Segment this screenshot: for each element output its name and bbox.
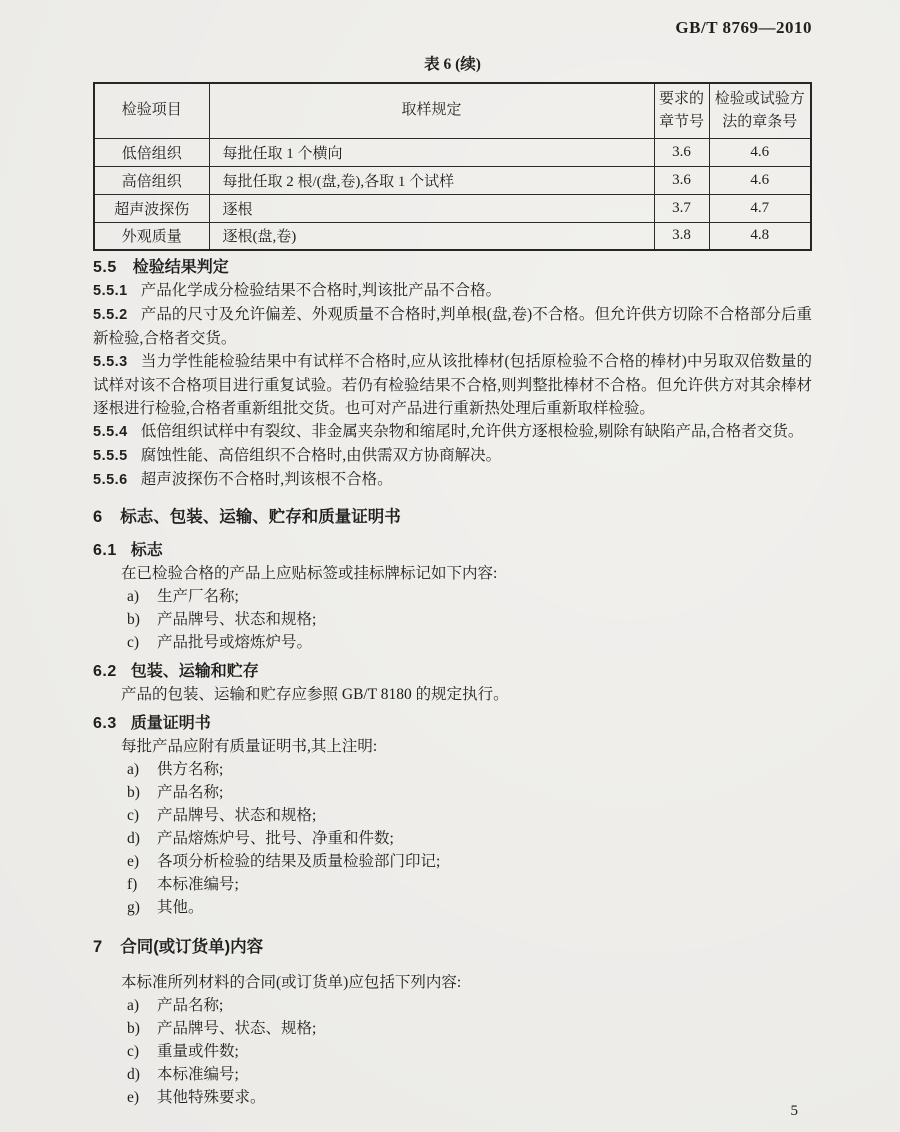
cell-req: 3.6 (654, 166, 709, 194)
list-item: c)产品牌号、状态和规格; (93, 804, 812, 827)
clause-number: 5.5.6 (93, 472, 128, 488)
list-label: b) (127, 1017, 157, 1040)
clause-text: 当力学性能检验结果中有试样不合格时,应从该批棒材(包括原检验不合格的棒材)中另取… (93, 353, 812, 417)
list-item: c)重量或件数; (93, 1040, 812, 1063)
list-text: 其他特殊要求。 (157, 1089, 266, 1106)
cell-method: 4.8 (709, 222, 811, 250)
clause-number: 5.5.2 (93, 307, 128, 323)
list-label: f) (127, 873, 157, 896)
table-body: 低倍组织 每批任取 1 个横向 3.6 4.6 高倍组织 每批任取 2 根/(盘… (94, 138, 811, 250)
clause-title: 检验结果判定 (133, 259, 229, 276)
clause-number: 5.5.1 (93, 283, 128, 299)
cell-sampling: 每批任取 1 个横向 (209, 138, 654, 166)
standard-code: GB/T 8769—2010 (93, 0, 812, 39)
list-item: a)生产厂名称; (93, 585, 812, 608)
list-item: g)其他。 (93, 896, 812, 919)
list-item: b)产品牌号、状态、规格; (93, 1017, 812, 1040)
clause-number: 5.5.5 (93, 448, 128, 464)
col-header-method: 检验或试验方 法的章条号 (709, 83, 811, 138)
cell-req: 3.7 (654, 194, 709, 222)
list-text: 重量或件数; (157, 1043, 239, 1060)
page-content: GB/T 8769—2010 表 6 (续) 检验项目 取样规定 要求的 章节号… (0, 0, 900, 1109)
list-item: d)本标准编号; (93, 1063, 812, 1086)
sampling-table: 检验项目 取样规定 要求的 章节号 检验或试验方 法的章条号 低倍组织 每批任取… (93, 82, 812, 251)
cell-method: 4.6 (709, 166, 811, 194)
list-item: a)供方名称; (93, 758, 812, 781)
list-text: 各项分析检验的结果及质量检验部门印记; (157, 853, 440, 870)
list-text: 本标准编号; (157, 1066, 239, 1083)
list-item: b)产品名称; (93, 781, 812, 804)
section-7-intro: 本标准所列材料的合同(或订货单)应包括下列内容: (93, 971, 812, 994)
list-label: b) (127, 781, 157, 804)
table-row: 低倍组织 每批任取 1 个横向 3.6 4.6 (94, 138, 811, 166)
clause-number: 5.5.3 (93, 354, 128, 370)
section-6-3-intro: 每批产品应附有质量证明书,其上注明: (93, 735, 812, 758)
list-item: d)产品熔炼炉号、批号、净重和件数; (93, 827, 812, 850)
list-text: 产品牌号、状态、规格; (157, 1020, 316, 1037)
cell-sampling: 每批任取 2 根/(盘,卷),各取 1 个试样 (209, 166, 654, 194)
clause-text: 低倍组织试样中有裂纹、非金属夹杂物和缩尾时,允许供方逐根检验,剔除有缺陷产品,合… (141, 423, 804, 440)
table-title: 表 6 (续) (93, 55, 812, 75)
table-row: 外观质量 逐根(盘,卷) 3.8 4.8 (94, 222, 811, 250)
section-number: 7 (93, 938, 102, 956)
col-header-req: 要求的 章节号 (654, 83, 709, 138)
section-title: 质量证明书 (131, 715, 211, 732)
section-number: 6.1 (93, 542, 117, 559)
clause-5-5-2: 5.5.2产品的尺寸及允许偏差、外观质量不合格时,判单根(盘,卷)不合格。但允许… (93, 303, 812, 350)
table-row: 高倍组织 每批任取 2 根/(盘,卷),各取 1 个试样 3.6 4.6 (94, 166, 811, 194)
list-label: d) (127, 827, 157, 850)
list-text: 产品牌号、状态和规格; (157, 807, 316, 824)
section-6-2-heading: 6.2包装、运输和贮存 (93, 660, 812, 683)
list-text: 产品名称; (157, 784, 223, 801)
list-text: 本标准编号; (157, 876, 239, 893)
section-6-3-heading: 6.3质量证明书 (93, 712, 812, 735)
document-page: GB/T 8769—2010 表 6 (续) 检验项目 取样规定 要求的 章节号… (0, 0, 900, 1132)
section-title: 标志、包装、运输、贮存和质量证明书 (120, 508, 401, 526)
section-number: 6 (93, 508, 102, 526)
cell-item: 高倍组织 (94, 166, 209, 194)
list-label: a) (127, 758, 157, 781)
list-item: a)产品名称; (93, 994, 812, 1017)
section-number: 6.2 (93, 663, 117, 680)
cell-req: 3.8 (654, 222, 709, 250)
section-title: 合同(或订货单)内容 (120, 938, 263, 956)
cell-sampling: 逐根 (209, 194, 654, 222)
list-text: 供方名称; (157, 761, 223, 778)
clause-number: 5.5.4 (93, 424, 128, 440)
section-title: 标志 (131, 542, 163, 559)
cell-item: 超声波探伤 (94, 194, 209, 222)
list-label: c) (127, 631, 157, 654)
cell-item: 低倍组织 (94, 138, 209, 166)
clause-5-5-heading: 5.5检验结果判定 (93, 256, 812, 279)
table-header-row: 检验项目 取样规定 要求的 章节号 检验或试验方 法的章条号 (94, 83, 811, 138)
clause-text: 产品化学成分检验结果不合格时,判该批产品不合格。 (141, 282, 501, 299)
clause-5-5-1: 5.5.1产品化学成分检验结果不合格时,判该批产品不合格。 (93, 279, 812, 303)
clause-5-5-4: 5.5.4低倍组织试样中有裂纹、非金属夹杂物和缩尾时,允许供方逐根检验,剔除有缺… (93, 420, 812, 444)
list-text: 产品批号或熔炼炉号。 (157, 634, 312, 651)
clause-text: 产品的尺寸及允许偏差、外观质量不合格时,判单根(盘,卷)不合格。但允许供方切除不… (93, 306, 812, 347)
list-item: e)其他特殊要求。 (93, 1086, 812, 1109)
list-text: 产品名称; (157, 997, 223, 1014)
clause-text: 超声波探伤不合格时,判该根不合格。 (141, 471, 393, 488)
clause-5-5-5: 5.5.5腐蚀性能、高倍组织不合格时,由供需双方协商解决。 (93, 444, 812, 468)
col-header-item: 检验项目 (94, 83, 209, 138)
col-header-sampling: 取样规定 (209, 83, 654, 138)
section-title: 包装、运输和贮存 (131, 663, 259, 680)
cell-method: 4.6 (709, 138, 811, 166)
section-7-heading: 7合同(或订货单)内容 (93, 935, 812, 959)
list-item: e)各项分析检验的结果及质量检验部门印记; (93, 850, 812, 873)
section-number: 6.3 (93, 715, 117, 732)
list-item: f)本标准编号; (93, 873, 812, 896)
list-label: b) (127, 608, 157, 631)
list-item: b)产品牌号、状态和规格; (93, 608, 812, 631)
cell-item: 外观质量 (94, 222, 209, 250)
page-number: 5 (791, 1102, 799, 1120)
list-text: 其他。 (157, 899, 204, 916)
list-label: c) (127, 1040, 157, 1063)
list-label: a) (127, 585, 157, 608)
list-text: 产品牌号、状态和规格; (157, 611, 316, 628)
cell-method: 4.7 (709, 194, 811, 222)
clause-text: 腐蚀性能、高倍组织不合格时,由供需双方协商解决。 (141, 447, 501, 464)
cell-req: 3.6 (654, 138, 709, 166)
list-label: e) (127, 850, 157, 873)
clause-number: 5.5 (93, 259, 117, 276)
section-6-heading: 6标志、包装、运输、贮存和质量证明书 (93, 505, 812, 529)
list-text: 生产厂名称; (157, 588, 239, 605)
list-label: e) (127, 1086, 157, 1109)
list-label: c) (127, 804, 157, 827)
table-row: 超声波探伤 逐根 3.7 4.7 (94, 194, 811, 222)
section-6-1-intro: 在已检验合格的产品上应贴标签或挂标牌标记如下内容: (93, 562, 812, 585)
table-header: 检验项目 取样规定 要求的 章节号 检验或试验方 法的章条号 (94, 83, 811, 138)
clause-5-5-3: 5.5.3当力学性能检验结果中有试样不合格时,应从该批棒材(包括原检验不合格的棒… (93, 350, 812, 420)
list-label: a) (127, 994, 157, 1017)
section-6-2-body: 产品的包装、运输和贮存应参照 GB/T 8180 的规定执行。 (93, 683, 812, 706)
cell-sampling: 逐根(盘,卷) (209, 222, 654, 250)
list-label: d) (127, 1063, 157, 1086)
list-text: 产品熔炼炉号、批号、净重和件数; (157, 830, 394, 847)
list-item: c)产品批号或熔炼炉号。 (93, 631, 812, 654)
section-6-1-heading: 6.1标志 (93, 539, 812, 562)
clause-5-5-6: 5.5.6超声波探伤不合格时,判该根不合格。 (93, 468, 812, 492)
list-label: g) (127, 896, 157, 919)
